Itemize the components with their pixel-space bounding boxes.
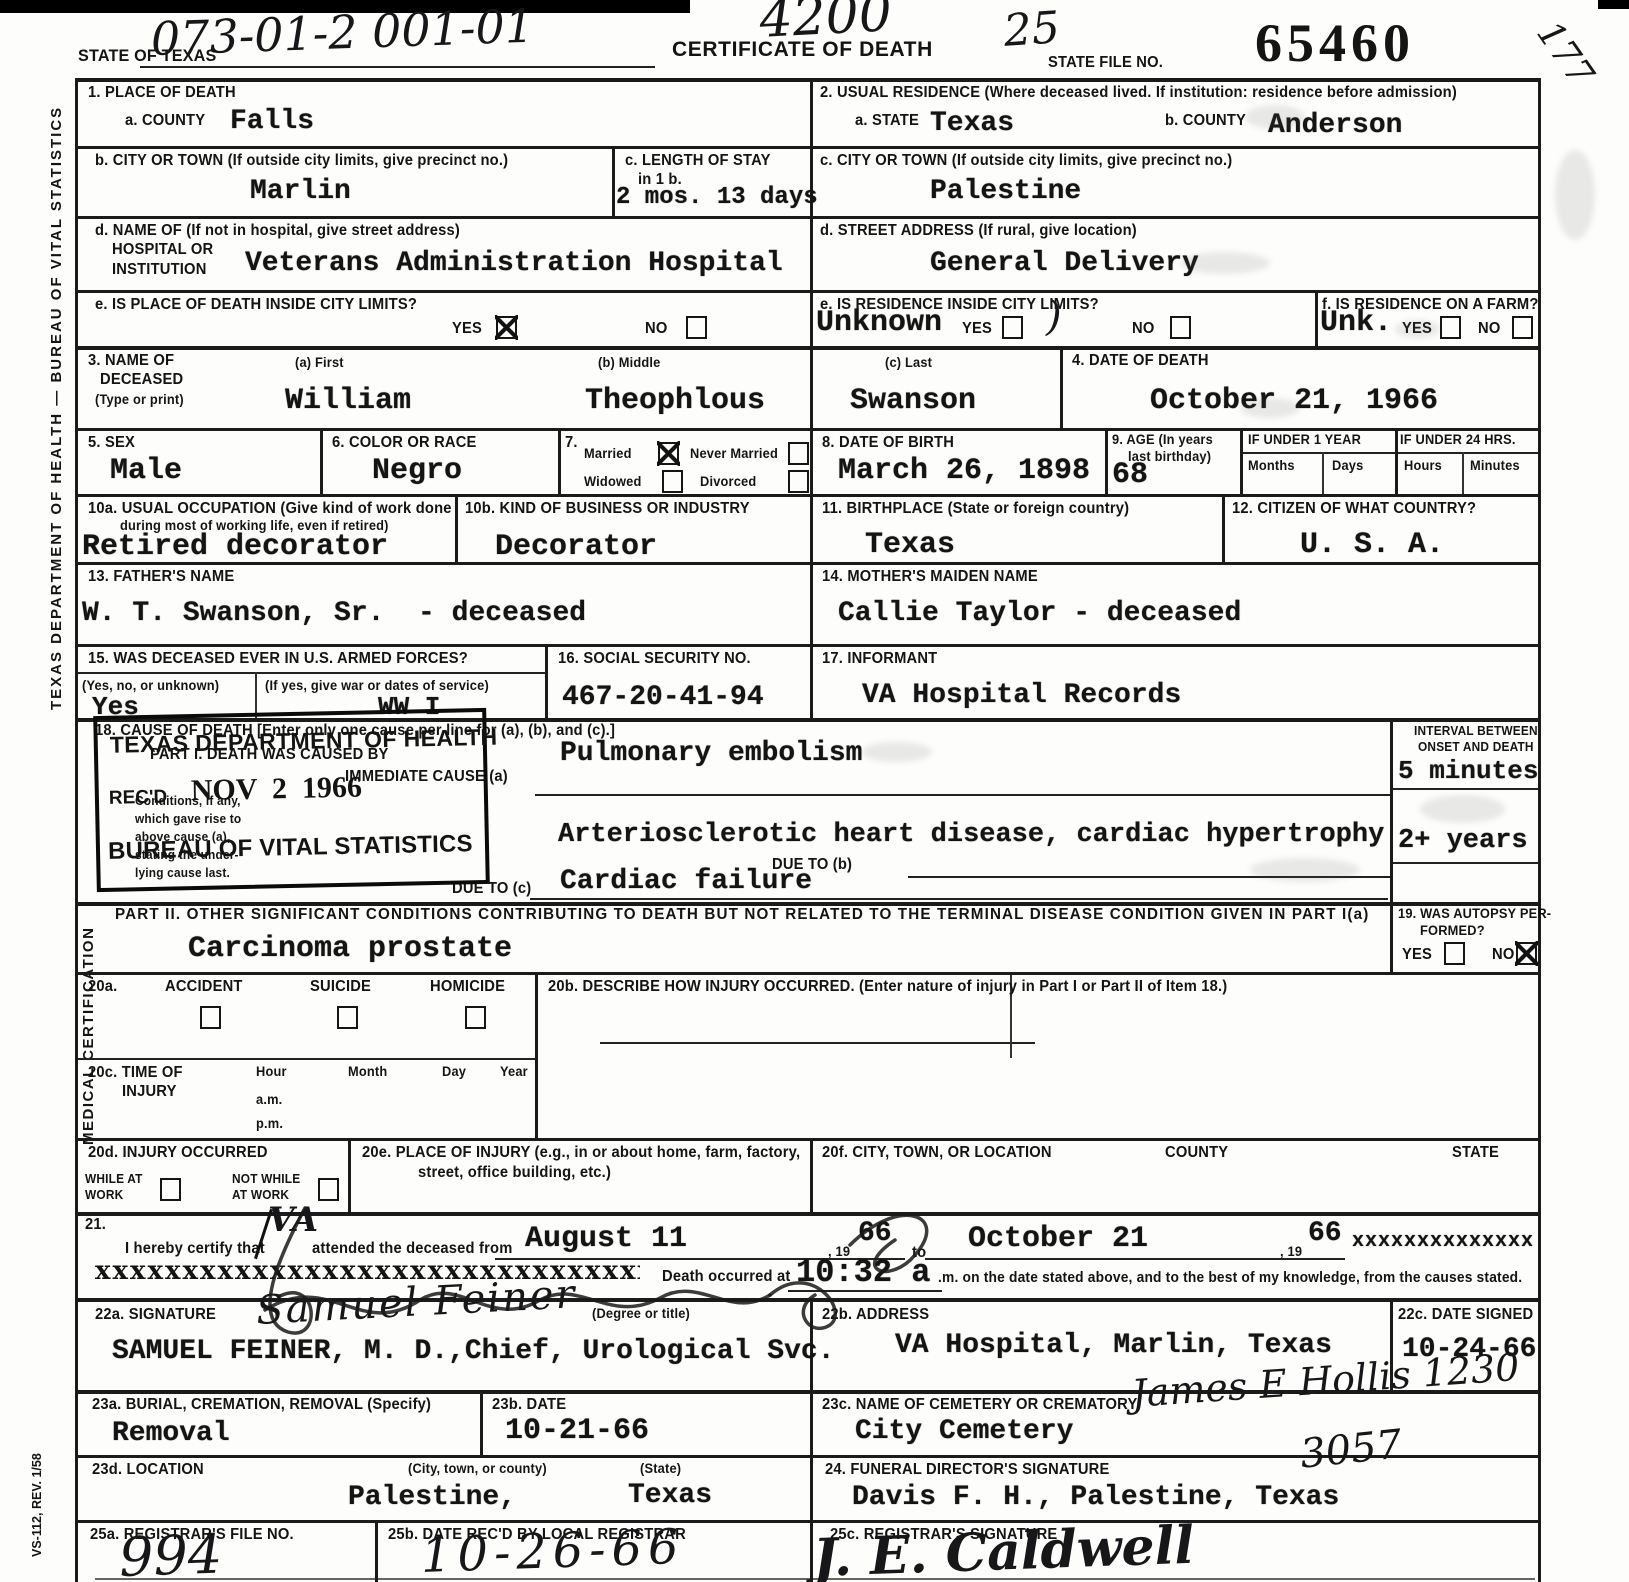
location-label: 23d. LOCATION — [92, 1461, 204, 1479]
middle-name-label: (b) Middle — [598, 355, 660, 370]
residence-city-label: c. CITY OR TOWN (If outside city limits,… — [820, 152, 1232, 170]
grid-line — [612, 146, 615, 216]
accident-checkbox — [200, 1006, 221, 1029]
grid-line — [1240, 428, 1243, 494]
scan-smudge — [1245, 105, 1305, 129]
part2-value: Carcinoma prostate — [188, 932, 512, 966]
autopsy-no-label: NO — [1492, 946, 1514, 964]
autopsy-yes-checkbox — [1444, 942, 1465, 965]
grid-line — [1390, 718, 1393, 972]
side-department-label: TEXAS DEPARTMENT OF HEALTH — BUREAU OF V… — [48, 80, 65, 735]
injury-underline — [600, 1042, 1035, 1044]
grid-line — [455, 494, 458, 562]
suicide-label: SUICIDE — [310, 978, 371, 996]
stamp-date: NOV 2 1966 — [190, 771, 362, 809]
hospital-name-label2: HOSPITAL OR — [112, 241, 213, 259]
residence-limits-yes-checkbox — [1002, 316, 1023, 339]
death-limits-no-checkbox — [686, 316, 707, 339]
residence-county-label: b. COUNTY — [1165, 112, 1246, 130]
hour-label: Hour — [256, 1064, 287, 1079]
physician-signature-flourish — [210, 1200, 1070, 1350]
scan-smudge — [862, 742, 932, 762]
interval-label2: ONSET AND DEATH — [1418, 740, 1534, 754]
grid-line — [1105, 428, 1108, 494]
scan-smudge — [1395, 320, 1440, 338]
place-of-injury-label: 20e. PLACE OF INJURY (e.g., in or about … — [362, 1144, 800, 1162]
length-of-stay-label: c. LENGTH OF STAY — [625, 152, 771, 170]
informant-value: VA Hospital Records — [862, 680, 1181, 711]
business-value: Decorator — [495, 530, 657, 564]
grid-line — [535, 972, 538, 1138]
residence-limits-yes-label: YES — [962, 320, 992, 338]
funeral-director-label: 24. FUNERAL DIRECTOR'S SIGNATURE — [825, 1461, 1109, 1479]
pm-label: p.m. — [256, 1116, 283, 1131]
mothers-maiden-name-value: Callie Taylor - deceased — [838, 598, 1241, 629]
accident-label: ACCIDENT — [165, 978, 243, 996]
handwritten-25: 25 — [1002, 2, 1061, 57]
age-label: 9. AGE (In years — [1112, 432, 1213, 447]
mothers-maiden-name-label: 14. MOTHER'S MAIDEN NAME — [822, 568, 1038, 586]
registrar-file-value: 994 — [118, 1522, 223, 1582]
residence-state-value: Texas — [930, 108, 1014, 139]
if-under-24-hrs-label: IF UNDER 24 HRS. — [1400, 432, 1516, 447]
grid-line — [75, 972, 1540, 975]
grid-line — [75, 78, 78, 1582]
divorced-checkbox — [788, 470, 809, 493]
part2-label: PART II. OTHER SIGNIFICANT CONDITIONS CO… — [115, 906, 1369, 924]
autopsy-label2: FORMED? — [1420, 923, 1485, 938]
while-at-work-checkbox — [160, 1178, 181, 1201]
residence-limits-no-checkbox — [1170, 316, 1191, 339]
side-medical-certification-label: MEDICAL CERTIFICATION — [80, 893, 97, 1178]
grid-line — [1060, 346, 1063, 428]
grid-line — [75, 494, 1540, 497]
burial-label: 23a. BURIAL, CREMATION, REMOVAL (Specify… — [92, 1396, 431, 1414]
handwritten-certificate-code: 073-01-2 001-01 — [150, 0, 535, 66]
grid-line — [1390, 862, 1540, 864]
grid-line — [558, 428, 561, 494]
grid-line — [75, 290, 1540, 293]
county-label: a. COUNTY — [125, 112, 205, 130]
residence-farm-value: Unk. — [1320, 306, 1392, 340]
sex-label: 5. SEX — [88, 434, 135, 452]
registrar-signature: J. E. Caldwell — [812, 1515, 1195, 1582]
location-city-value: Palestine, — [348, 1482, 516, 1513]
autopsy-yes-label: YES — [1402, 946, 1432, 964]
place-of-death-label: 1. PLACE OF DEATH — [88, 84, 236, 102]
cause-c-underline — [530, 898, 1388, 900]
last-name-label: (c) Last — [885, 355, 932, 370]
grid-line — [75, 1520, 1540, 1523]
date-of-birth-value: March 26, 1898 — [838, 454, 1090, 488]
cemetery-label: 23c. NAME OF CEMETERY OR CREMATORY — [822, 1396, 1137, 1414]
hours-label: Hours — [1404, 458, 1442, 473]
last-name-value: Swanson — [850, 384, 976, 418]
residence-limits-value: Unknown — [816, 306, 942, 340]
grid-line — [1315, 290, 1318, 346]
grid-line — [75, 672, 545, 674]
location-state-value: Texas — [628, 1480, 712, 1511]
never-married-checkbox — [788, 442, 809, 465]
grid-line — [545, 644, 548, 718]
grid-line — [1395, 428, 1398, 494]
state-file-no-label: STATE FILE NO. — [1048, 54, 1163, 72]
burial-method-value: Removal — [112, 1418, 230, 1449]
injury-county-label: COUNTY — [1165, 1144, 1228, 1162]
residence-state-label: a. STATE — [855, 112, 919, 130]
homicide-checkbox — [465, 1006, 486, 1029]
days-label: Days — [1332, 458, 1363, 473]
pre-year-label2: , 19 — [1280, 1244, 1302, 1259]
grid-line — [75, 644, 1540, 647]
immediate-cause-value: Pulmonary embolism — [560, 738, 862, 769]
residence-city-value: Palestine — [930, 176, 1081, 207]
autopsy-label: 19. WAS AUTOPSY PER- — [1398, 906, 1551, 921]
marital-label: 7. — [565, 434, 578, 452]
occupation-label: 10a. USUAL OCCUPATION (Give kind of work… — [88, 500, 452, 518]
farm-yes-checkbox — [1440, 316, 1461, 339]
stamp-line1: TEXAS DEPARTMENT OF HEALTH — [110, 724, 498, 759]
registrar-date-value: 10-26-66 — [420, 1519, 685, 1582]
residence-limits-no-label: NO — [1132, 320, 1154, 338]
stamp-line2: BUREAU OF VITAL STATISTICS — [108, 830, 473, 866]
usual-residence-label: 2. USUAL RESIDENCE (Where deceased lived… — [820, 84, 1457, 102]
grid-line — [1390, 788, 1540, 790]
divorced-label: Divorced — [700, 474, 756, 489]
side-form-code: VS-112, REV. 1/58 — [30, 1428, 44, 1582]
grid-line — [810, 78, 813, 718]
day-label: Day — [442, 1064, 466, 1079]
citizen-label: 12. CITIZEN OF WHAT COUNTRY? — [1232, 500, 1476, 518]
time-of-injury-label: 20c. TIME OF — [88, 1064, 183, 1082]
grid-line — [75, 346, 1540, 350]
date-of-death-label: 4. DATE OF DEATH — [1072, 352, 1209, 370]
grid-line — [75, 1138, 1540, 1141]
stamp-recd-label: REC'D — [109, 787, 168, 810]
interval-label1: INTERVAL BETWEEN — [1414, 724, 1538, 738]
months-label: Months — [1248, 458, 1295, 473]
certify-number: 21. — [85, 1216, 106, 1234]
armed-forces-sub1: (Yes, no, or unknown) — [82, 678, 219, 693]
death-limits-no-label: NO — [645, 320, 667, 338]
not-while-at-work-checkbox — [318, 1178, 339, 1201]
grid-line — [75, 428, 1540, 431]
county-value: Falls — [230, 106, 314, 137]
funeral-director-signature2: 3057 — [1298, 1421, 1404, 1477]
grid-line — [75, 146, 1540, 149]
birthplace-label: 11. BIRTHPLACE (State or foreign country… — [822, 500, 1129, 518]
fathers-name-label: 13. FATHER'S NAME — [88, 568, 234, 586]
year-label: Year — [500, 1064, 528, 1079]
grid-line — [1222, 494, 1225, 562]
location-sub1: (City, town, or county) — [408, 1461, 547, 1476]
first-name-label: (a) First — [295, 355, 344, 370]
fathers-name-value: W. T. Swanson, Sr. - deceased — [82, 598, 586, 629]
grid-line — [75, 1058, 535, 1060]
state-file-number: 65460 — [1255, 12, 1415, 74]
ssn-label: 16. SOCIAL SECURITY NO. — [558, 650, 751, 668]
scan-smudge — [1420, 795, 1505, 823]
hospital-name-label3: INSTITUTION — [112, 261, 207, 279]
grid-line — [1240, 452, 1540, 454]
scan-artifact-corner — [1598, 0, 1629, 9]
street-address-label: d. STREET ADDRESS (If rural, give locati… — [820, 222, 1137, 240]
grid-line — [1322, 452, 1324, 494]
interval-b-value: 2+ years — [1398, 826, 1528, 856]
burial-date-label: 23b. DATE — [492, 1396, 566, 1414]
never-married-label: Never Married — [690, 446, 778, 461]
interval-a-value: 5 minutes — [1398, 756, 1538, 786]
grid-line — [480, 1390, 483, 1455]
time-of-injury-label2: INJURY — [122, 1083, 177, 1101]
occupation-value: Retired decorator — [82, 530, 388, 564]
injury-state-label: STATE — [1452, 1144, 1499, 1162]
cause-a-underline — [535, 794, 1390, 796]
married-label: Married — [584, 446, 632, 461]
describe-injury-label: 20b. DESCRIBE HOW INJURY OCCURRED. (Ente… — [548, 978, 1227, 996]
death-city-limits-label: e. IS PLACE OF DEATH INSIDE CITY LIMITS? — [95, 296, 417, 314]
handwritten-4200: 4200 — [758, 0, 893, 50]
widowed-checkbox — [662, 470, 683, 493]
due-to-c-value: Cardiac failure — [560, 866, 812, 897]
death-limits-yes-checkbox — [496, 316, 517, 339]
widowed-label: Widowed — [584, 474, 642, 489]
cemetery-value: City Cemetery — [855, 1416, 1073, 1447]
scan-smudge — [1555, 150, 1595, 240]
autopsy-no-checkbox — [1516, 942, 1537, 965]
injury-occurred-label: 20d. INJURY OCCURRED — [88, 1144, 268, 1162]
bureau-received-stamp: TEXAS DEPARTMENT OF HEALTH REC'D NOV 2 1… — [93, 708, 490, 892]
business-label: 10b. KIND OF BUSINESS OR INDUSTRY — [465, 500, 750, 518]
grid-line — [375, 1520, 378, 1582]
street-address-value: General Delivery — [930, 248, 1199, 279]
hospital-value: Veterans Administration Hospital — [245, 248, 783, 279]
city-town-label: b. CITY OR TOWN (If outside city limits,… — [95, 152, 508, 170]
signature-label: 22a. SIGNATURE — [95, 1306, 216, 1324]
death-certificate-scan: STATE OF TEXAS 073-01-2 001-01 CERTIFICA… — [0, 0, 1629, 1582]
while-at-work-label2: WORK — [85, 1188, 123, 1202]
farm-no-label: NO — [1478, 320, 1500, 338]
accident-section-label: 20a. — [88, 978, 117, 996]
homicide-label: HOMICIDE — [430, 978, 505, 996]
not-while-at-work-label: NOT WHILE — [232, 1172, 300, 1186]
due-to-b-value: Arteriosclerotic heart disease, cardiac … — [558, 820, 1384, 850]
to-year-value: 66 — [1308, 1218, 1342, 1249]
grid-line — [320, 428, 323, 494]
am-label: a.m. — [256, 1092, 282, 1107]
date-of-birth-label: 8. DATE OF BIRTH — [822, 434, 954, 452]
length-of-stay-value: 2 mos. 13 days — [616, 184, 818, 211]
ssn-value: 467-20-41-94 — [562, 682, 764, 713]
citizen-value: U. S. A. — [1300, 528, 1444, 562]
while-at-work-label: WHILE AT — [85, 1172, 143, 1186]
hospital-name-label: d. NAME OF (If not in hospital, give str… — [95, 222, 460, 240]
middle-name-value: Theophlous — [585, 384, 765, 418]
race-value: Negro — [372, 454, 462, 488]
married-checkbox — [658, 442, 679, 465]
farm-no-checkbox — [1512, 316, 1533, 339]
grid-line — [1462, 452, 1464, 494]
first-name-value: William — [285, 384, 411, 418]
strikeout-right: xxxxxxxxxxxxxx — [1352, 1230, 1534, 1253]
scan-smudge — [1250, 858, 1360, 882]
age-value: 68 — [1112, 458, 1148, 492]
suicide-checkbox — [337, 1006, 358, 1029]
sex-value: Male — [110, 454, 182, 488]
type-or-print-label: (Type or print) — [95, 392, 184, 407]
handwritten-paren: ) — [1046, 294, 1062, 340]
birthplace-value: Texas — [865, 528, 955, 562]
if-under-1-year-label: IF UNDER 1 YEAR — [1248, 432, 1361, 447]
location-sub2: (State) — [640, 1461, 681, 1476]
burial-date-value: 10-21-66 — [505, 1414, 649, 1448]
armed-forces-label: 15. WAS DECEASED EVER IN U.S. ARMED FORC… — [88, 650, 468, 668]
race-label: 6. COLOR OR RACE — [332, 434, 477, 452]
city-value: Marlin — [250, 176, 351, 207]
grid-line — [75, 216, 1540, 219]
name-of-deceased-label2: DECEASED — [100, 371, 183, 389]
injury-city-label: 20f. CITY, TOWN, OR LOCATION — [822, 1144, 1052, 1162]
header-rule — [140, 66, 655, 68]
funeral-home-value: Davis F. H., Palestine, Texas — [852, 1482, 1339, 1513]
armed-forces-sub2: (If yes, give war or dates of service) — [265, 678, 489, 693]
death-limits-yes-label: YES — [452, 320, 482, 338]
minutes-label: Minutes — [1470, 458, 1520, 473]
name-of-deceased-label: 3. NAME OF — [88, 352, 174, 370]
informant-label: 17. INFORMANT — [822, 650, 937, 668]
scan-smudge — [1240, 398, 1300, 418]
grid-line — [255, 672, 257, 718]
grid-line — [75, 78, 1540, 82]
date-signed-label: 22c. DATE SIGNED — [1398, 1306, 1533, 1324]
month-label: Month — [348, 1064, 387, 1079]
place-of-injury-label2: street, office building, etc.) — [418, 1164, 611, 1182]
scan-smudge — [1180, 252, 1270, 274]
